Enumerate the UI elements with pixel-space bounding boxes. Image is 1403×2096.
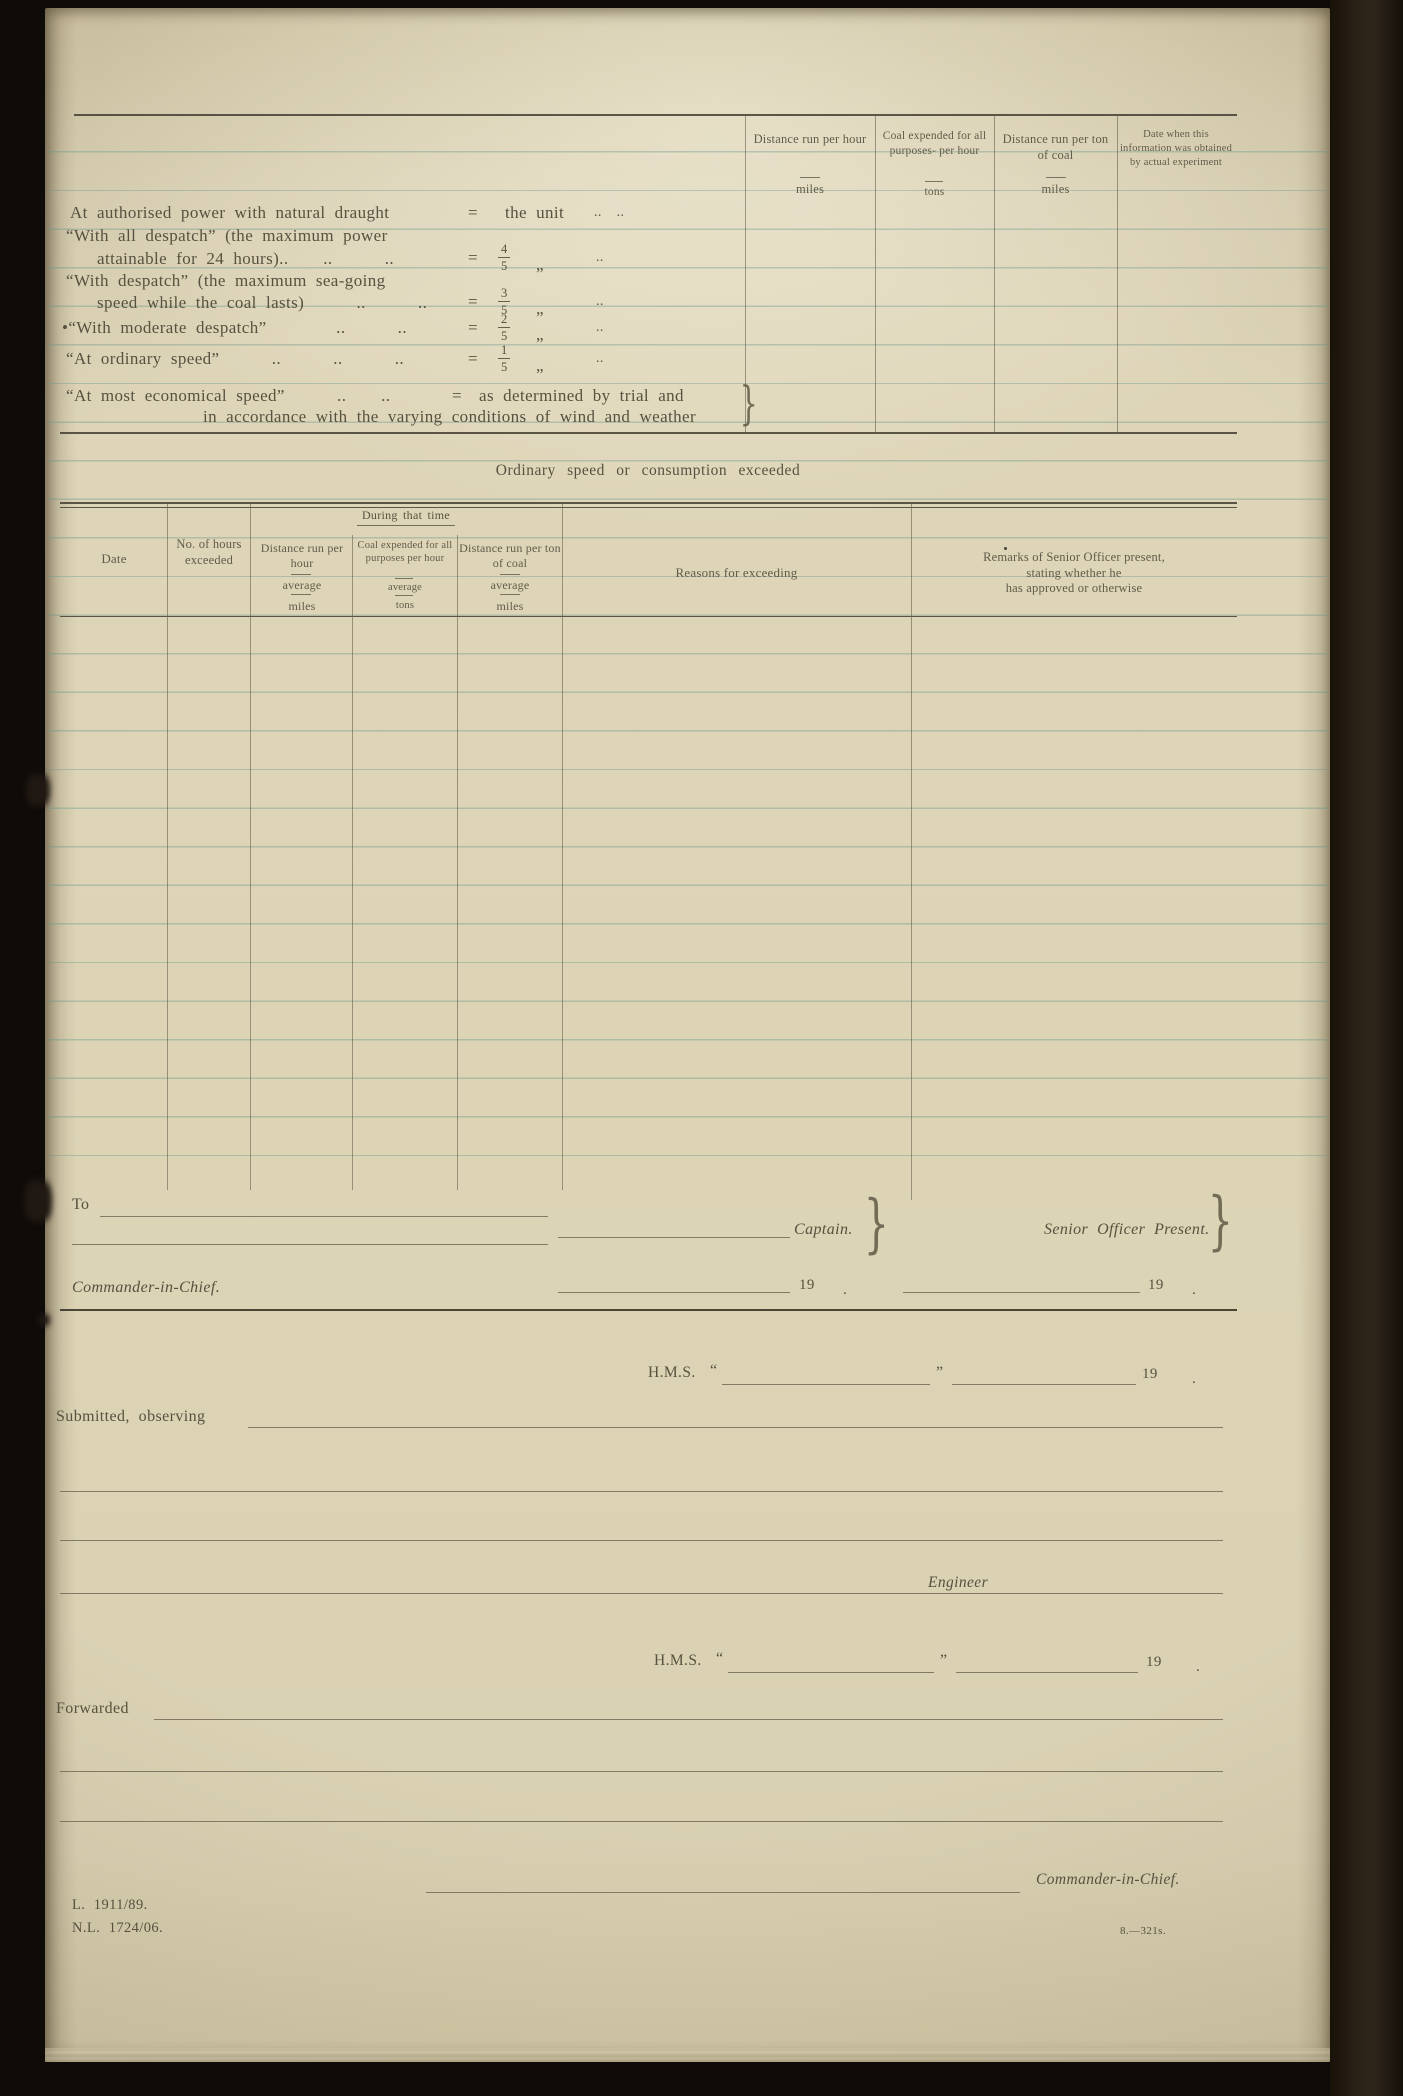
row-label: •“With moderate despatch” .. .. (62, 318, 407, 338)
date-line (558, 1292, 790, 1293)
col-unit-miles: miles (747, 181, 873, 197)
ditto-mark: „ (536, 299, 544, 319)
binding-stain (38, 1312, 50, 1328)
table-title: Ordinary speed or consumption exceeded (496, 462, 800, 480)
fraction-numerator: 2 (498, 313, 510, 328)
row-value: the unit (505, 203, 564, 223)
col-unit-miles: miles (996, 181, 1115, 197)
forwarded-label: Forwarded (56, 1700, 129, 1718)
equals-sign: = (468, 203, 478, 223)
table-top-rule (60, 502, 1237, 504)
col-header-distance-ton: Distance run per ton of coal (996, 131, 1115, 163)
ship-name-line (728, 1672, 934, 1673)
row-label: “With all despatch” (the maximum power (66, 226, 388, 246)
captain-signature-line (558, 1237, 790, 1238)
top-table-top-rule (74, 114, 1237, 116)
brace: } (740, 380, 758, 426)
engineer-label: Engineer (928, 1574, 988, 1592)
dot-leader: .. (596, 294, 604, 310)
ship-name-line (722, 1384, 930, 1385)
equals-sign: = (468, 292, 478, 312)
unit-tons: tons (355, 599, 455, 612)
table-top-rule2 (60, 507, 1237, 508)
col-header-hours-exceeded: No. of hours exceeded (169, 536, 249, 568)
column-divider (562, 502, 563, 1190)
date-line (903, 1292, 1140, 1293)
col-header-distance-hour: Distance run per hour (253, 541, 351, 572)
row-value: as determined by trial and (479, 386, 684, 406)
year-19: 19 (799, 1277, 815, 1294)
close-quote: ” (940, 1652, 948, 1670)
col-header-date: Date (62, 551, 166, 568)
header-bottom-rule (60, 616, 1237, 617)
form-ref-1: L. 1911/89. (72, 1897, 148, 1914)
header-dash (800, 177, 820, 178)
writing-line (154, 1719, 1223, 1720)
open-quote: “ (716, 1650, 724, 1668)
writing-line (60, 1491, 1223, 1492)
close-quote: ” (936, 1364, 944, 1382)
date-line (952, 1384, 1136, 1385)
column-divider (875, 114, 876, 434)
header-dash (500, 574, 520, 575)
period: . (1196, 1659, 1200, 1676)
unit-miles: miles (458, 599, 562, 614)
remarks-line3: has approved or otherwise (913, 581, 1235, 597)
header-dash (291, 574, 311, 575)
row-label: “At most economical speed” .. .. (66, 386, 390, 406)
hms-label: H.M.S. (654, 1652, 702, 1670)
header-dash (395, 595, 413, 596)
equals-sign: = (468, 318, 478, 338)
to-label: To (72, 1196, 89, 1214)
open-quote: “ (710, 1362, 718, 1380)
average-label: average (355, 581, 455, 594)
equals-sign: = (452, 386, 462, 406)
col-header-distance-ton: Distance run per ton of coal (458, 541, 562, 572)
address-line (100, 1216, 548, 1217)
col-header-reasons: Reasons for exceeding (564, 565, 909, 582)
header-dash (395, 578, 413, 579)
dot-leader: .. (596, 351, 604, 367)
equals-sign: = (468, 349, 478, 369)
section-divider-rule (60, 1309, 1237, 1311)
year-19: 19 (1142, 1366, 1158, 1383)
writing-line (248, 1427, 1223, 1428)
unit-miles: miles (253, 599, 351, 614)
row-label: “At ordinary speed” .. .. .. (66, 349, 404, 369)
address-line (72, 1244, 548, 1245)
header-dash (291, 594, 311, 595)
col-header-date-experiment: Date when this information was obtained … (1119, 128, 1233, 171)
fraction-numerator: 4 (498, 243, 510, 258)
top-table-bottom-rule (60, 432, 1237, 434)
col-header-coal-expended: Coal expended for all purposes- per hour (877, 129, 992, 158)
fraction-numerator: 3 (498, 287, 510, 302)
row-label-line2: in accordance with the varying condition… (203, 407, 696, 427)
brace: } (1208, 1189, 1233, 1253)
year-19: 19 (1148, 1277, 1164, 1294)
col-header-distance-hour: Distance run per hour (747, 131, 873, 147)
average-label: average (458, 578, 562, 593)
cinc-signature-line (426, 1892, 1020, 1893)
fraction-two-fifths: 25 (498, 313, 510, 342)
header-dash (925, 181, 943, 182)
column-divider (457, 535, 458, 1190)
ditto-mark: „ (536, 356, 544, 376)
ditto-mark: „ (536, 255, 544, 275)
scanned-form-page: Distance run per hour miles Coal expende… (0, 0, 1403, 2096)
writing-line (60, 1540, 1223, 1541)
captain-label: Captain. (794, 1221, 853, 1239)
page-stack-edge (45, 2048, 1330, 2062)
col-unit-tons: tons (877, 185, 992, 200)
book-spine-band (1330, 0, 1403, 2096)
dot-leader: .. (596, 250, 604, 266)
senior-officer-label: Senior Officer Present. (1044, 1221, 1210, 1239)
equals-sign: = (468, 248, 478, 268)
engineer-signature-line (60, 1593, 1223, 1594)
writing-line (60, 1771, 1223, 1772)
remarks-line1: Remarks of Senior Officer present, (913, 550, 1235, 566)
writing-line (60, 1821, 1223, 1822)
printers-mark: 8.—321s. (1120, 1925, 1166, 1938)
commander-in-chief-label: Commander-in-Chief. (72, 1279, 220, 1297)
year-19: 19 (1146, 1654, 1162, 1671)
ditto-mark: „ (536, 325, 544, 345)
period: . (1192, 1371, 1196, 1388)
fraction-numerator: 1 (498, 344, 510, 359)
column-divider (352, 535, 353, 1190)
submitted-observing-label: Submitted, observing (56, 1408, 205, 1426)
column-divider (911, 502, 912, 1200)
brace: } (864, 1192, 889, 1256)
date-line (956, 1672, 1138, 1673)
header-dash (500, 594, 520, 595)
fraction-denominator: 5 (498, 328, 510, 342)
row-label-line2: attainable for 24 hours).. .. .. (97, 249, 394, 269)
period: . (1192, 1282, 1196, 1299)
binding-stain (26, 768, 50, 812)
band-header-during-that-time: During that time (357, 509, 455, 526)
column-divider (250, 502, 251, 1190)
fraction-denominator: 5 (498, 258, 510, 272)
hms-label: H.M.S. (648, 1364, 696, 1382)
commander-in-chief-label: Commander-in-Chief. (1036, 1871, 1180, 1889)
col-header-coal-expended: Coal expended for all purposes per hour (355, 539, 455, 566)
col-header-remarks: Remarks of Senior Officer present, stati… (913, 550, 1235, 597)
fraction-one-fifth: 15 (498, 344, 510, 373)
row-label: At authorised power with natural draught (70, 203, 389, 223)
form-ref-2: N.L. 1724/06. (72, 1920, 163, 1937)
row-label: “With despatch” (the maximum sea-going (66, 271, 386, 291)
fraction-four-fifths: 45 (498, 243, 510, 272)
remarks-line2: stating whether he (913, 566, 1235, 582)
dot-leader: .. (596, 320, 604, 336)
average-label: average (253, 578, 351, 593)
header-dash (1046, 177, 1066, 178)
column-divider (167, 502, 168, 1190)
period: . (843, 1282, 847, 1299)
fraction-denominator: 5 (498, 359, 510, 373)
row-label-line2: speed while the coal lasts) .. .. (97, 293, 427, 313)
dot-leader: .. .. (594, 205, 624, 221)
